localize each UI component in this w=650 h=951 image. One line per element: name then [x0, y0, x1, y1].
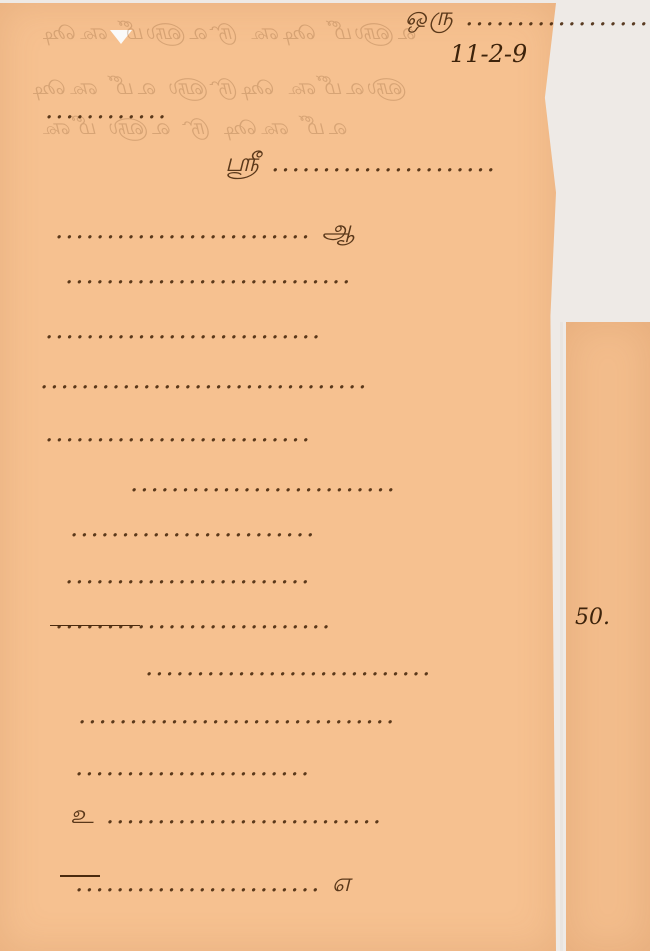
- manuscript-line: ............................: [65, 260, 352, 290]
- manuscript-page-fragment: [566, 322, 650, 951]
- manuscript-line: ..........................: [45, 418, 312, 448]
- bleed-through: ௳௵௴ ௸௷ ௹௳௵௴ ௷௸: [40, 20, 417, 48]
- manuscript-line: ..........................: [130, 468, 397, 498]
- number-text: 50.: [575, 605, 610, 630]
- manuscript-line: ஸ்ரீ ......................: [225, 148, 497, 181]
- manuscript-line: ...........................: [55, 605, 332, 635]
- manuscript-line: ............: [45, 95, 168, 125]
- manuscript-line: உ ...........................: [70, 800, 383, 833]
- underline-stroke: [60, 875, 100, 877]
- date-text: 11-2-9: [450, 40, 527, 68]
- manuscript-line: ................................: [40, 365, 368, 395]
- manuscript-line: ............................: [145, 652, 432, 682]
- ink-stroke: [50, 625, 140, 626]
- manuscript-line: ...............................: [78, 700, 396, 730]
- manuscript-line: ........................: [70, 513, 316, 543]
- manuscript-line: .......................: [75, 752, 311, 782]
- manuscript-line: ........................ ௭: [75, 868, 353, 901]
- manuscript-line: ஒரு ........................: [405, 2, 650, 35]
- paper-seam: [560, 322, 563, 951]
- manuscript-line: ........................: [65, 560, 311, 590]
- manuscript-line: ...........................: [45, 315, 322, 345]
- manuscript-line: ......................... ஆ: [55, 215, 357, 248]
